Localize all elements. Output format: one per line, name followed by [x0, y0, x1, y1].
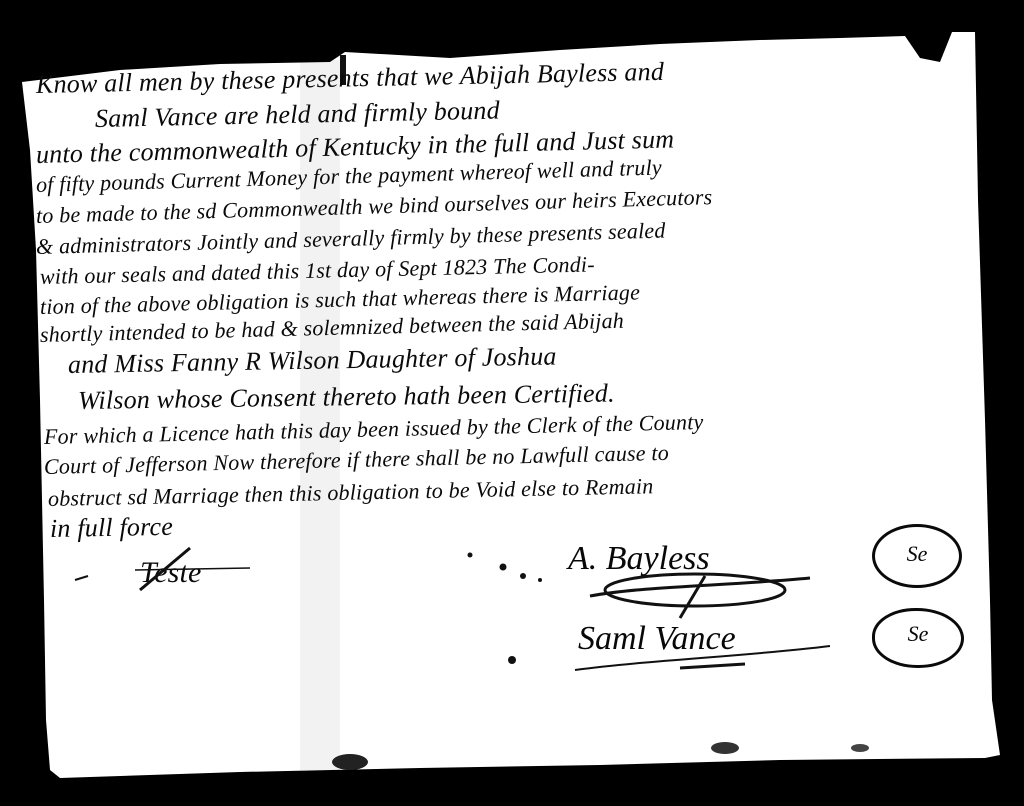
scanned-document-background: Know all men by these presents that we A… [0, 0, 1024, 806]
teste-flourish [130, 540, 260, 600]
signature-bayless-flourish [585, 568, 815, 628]
seal-mark: Se [875, 621, 961, 647]
seal-mark: Se [875, 541, 959, 567]
seal-bayless: Se [872, 524, 962, 588]
signature-vance-flourish [570, 640, 840, 676]
seal-vance: Se [872, 608, 964, 668]
